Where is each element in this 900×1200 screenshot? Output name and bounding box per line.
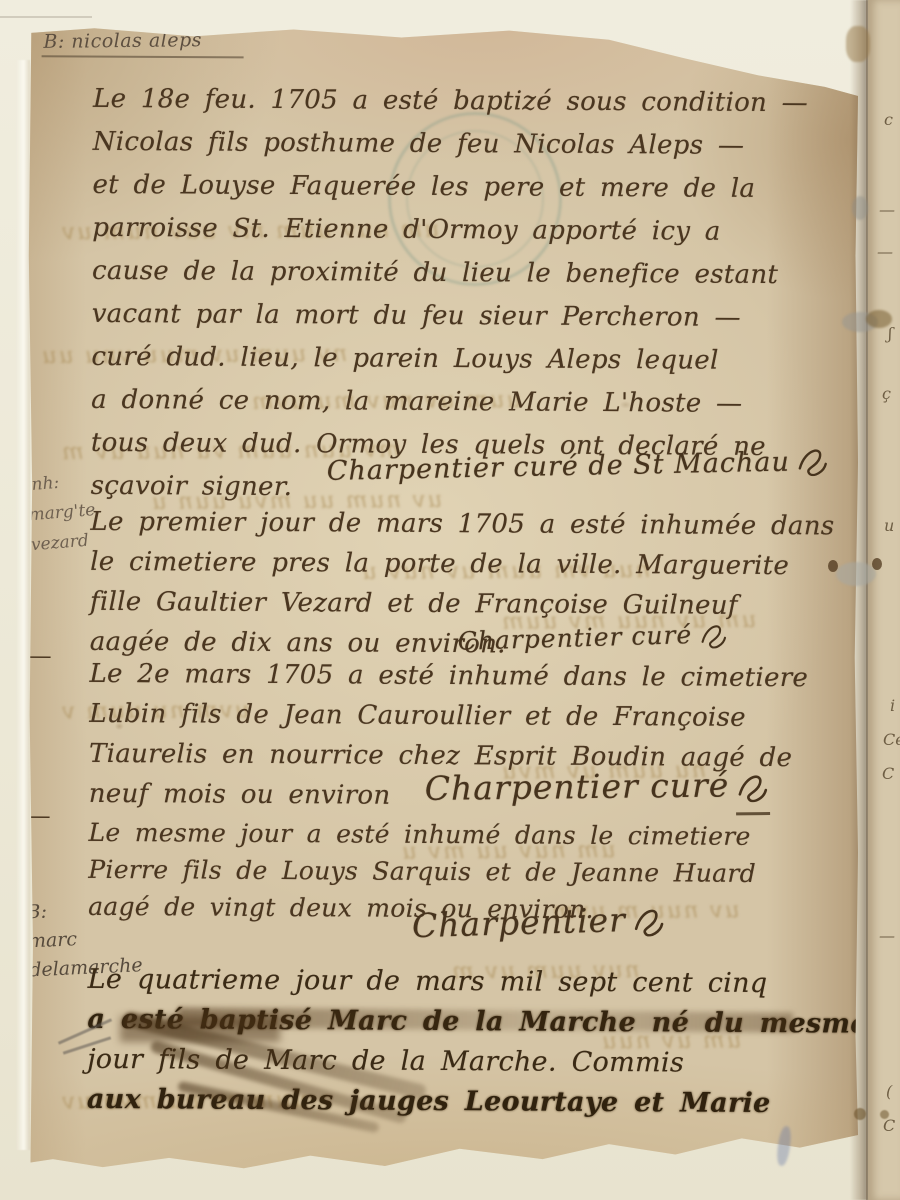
stitch-repair: [866, 310, 892, 328]
facing-page-text-fragment: ʃ: [888, 324, 892, 343]
record-line: Le 2e mars 1705 a esté inhumé dans le ci…: [89, 654, 808, 698]
paraph-flourish-icon: [796, 446, 831, 484]
facing-page-text-fragment: Ce: [883, 730, 900, 749]
record-line: le cimetiere pres la porte de la ville. …: [90, 542, 834, 587]
paraph-flourish-icon: [735, 771, 769, 815]
record-line: curé dud. lieu, le parein Louys Aleps le…: [91, 336, 806, 383]
facing-page-text-fragment: u: [884, 516, 894, 535]
record-baptism-nicolas-aleps: Le 18e feu. 1705 a esté baptizé sous con…: [91, 78, 809, 512]
scan-background: um nuv uum mv uuv num uv nv uum uv muu v…: [0, 0, 900, 1200]
record-line: vacant par la mort du feu sieur Perchero…: [92, 293, 807, 340]
priest-signature: Charpentier curé: [425, 765, 770, 819]
facing-page-text-fragment: C: [882, 764, 894, 783]
margin-dash: —: [27, 801, 51, 829]
scan-artifact-line: [0, 16, 92, 18]
ink-dot: [854, 1108, 866, 1120]
margin-note-baptism-nicolas-aleps: B: nicolas aleps: [43, 29, 202, 53]
facing-page-text-fragment: —: [879, 200, 895, 219]
facing-page-edge: [868, 0, 900, 1200]
record-line: parroisse St. Etienne d'Ormoy apporté ic…: [92, 207, 807, 254]
stitch-repair: [836, 562, 876, 586]
facing-page-text-fragment: ç: [882, 384, 891, 403]
stitch-knot: [828, 560, 838, 572]
record-line: Lubin fils de Jean Cauroullier et de Fra…: [89, 694, 808, 738]
ink-dot: [880, 1110, 889, 1119]
record-line: Le 18e feu. 1705 a esté baptizé sous con…: [93, 78, 808, 125]
manuscript-page: um nuv uum mv uuv num uv nv uum uv muu v…: [28, 26, 858, 1174]
record-line: Le quatrieme jour de mars mil sept cent …: [88, 960, 869, 1005]
facing-page-text-fragment: c: [884, 110, 893, 129]
paraph-flourish-icon: [698, 622, 729, 655]
gray-repair-mark: [852, 196, 868, 220]
record-line: Pierre fils de Louys Sarquis et de Jeann…: [88, 851, 756, 892]
record-line: Le mesme jour a esté inhumé dans le cime…: [88, 814, 756, 855]
paraph-flourish-icon: [631, 905, 666, 945]
margin-note-inhumation-marguerite-vezard: inh: marg'te vezard: [25, 465, 99, 560]
facing-page-text-fragment: —: [879, 926, 895, 945]
record-line: a donné ce nom, la mareine Marie L'hoste…: [91, 379, 806, 426]
page-edge-highlight: [16, 60, 30, 1150]
priest-signature: Charpentier: [411, 899, 666, 951]
margin-dash: —: [28, 641, 52, 669]
facing-page-text-fragment: i: [890, 696, 895, 715]
record-line: Le premier jour de mars 1705 a esté inhu…: [90, 502, 834, 547]
facing-page-text-fragment: (: [886, 1082, 892, 1101]
stitch-knot: [872, 558, 882, 570]
facing-page-text-fragment: —: [877, 242, 893, 261]
margin-note-line: vezard: [30, 525, 99, 560]
record-line: et de Louyse Faquerée les pere et mere d…: [92, 164, 807, 211]
record-line: cause de la proximité du lieu le benefic…: [92, 250, 807, 297]
record-line: Nicolas fils posthume de feu Nicolas Ale…: [93, 121, 808, 168]
tape-repair-mark: [846, 26, 870, 62]
handwritten-text-layer: B: nicolas aleps Le 18e feu. 1705 a esté…: [25, 23, 862, 1176]
